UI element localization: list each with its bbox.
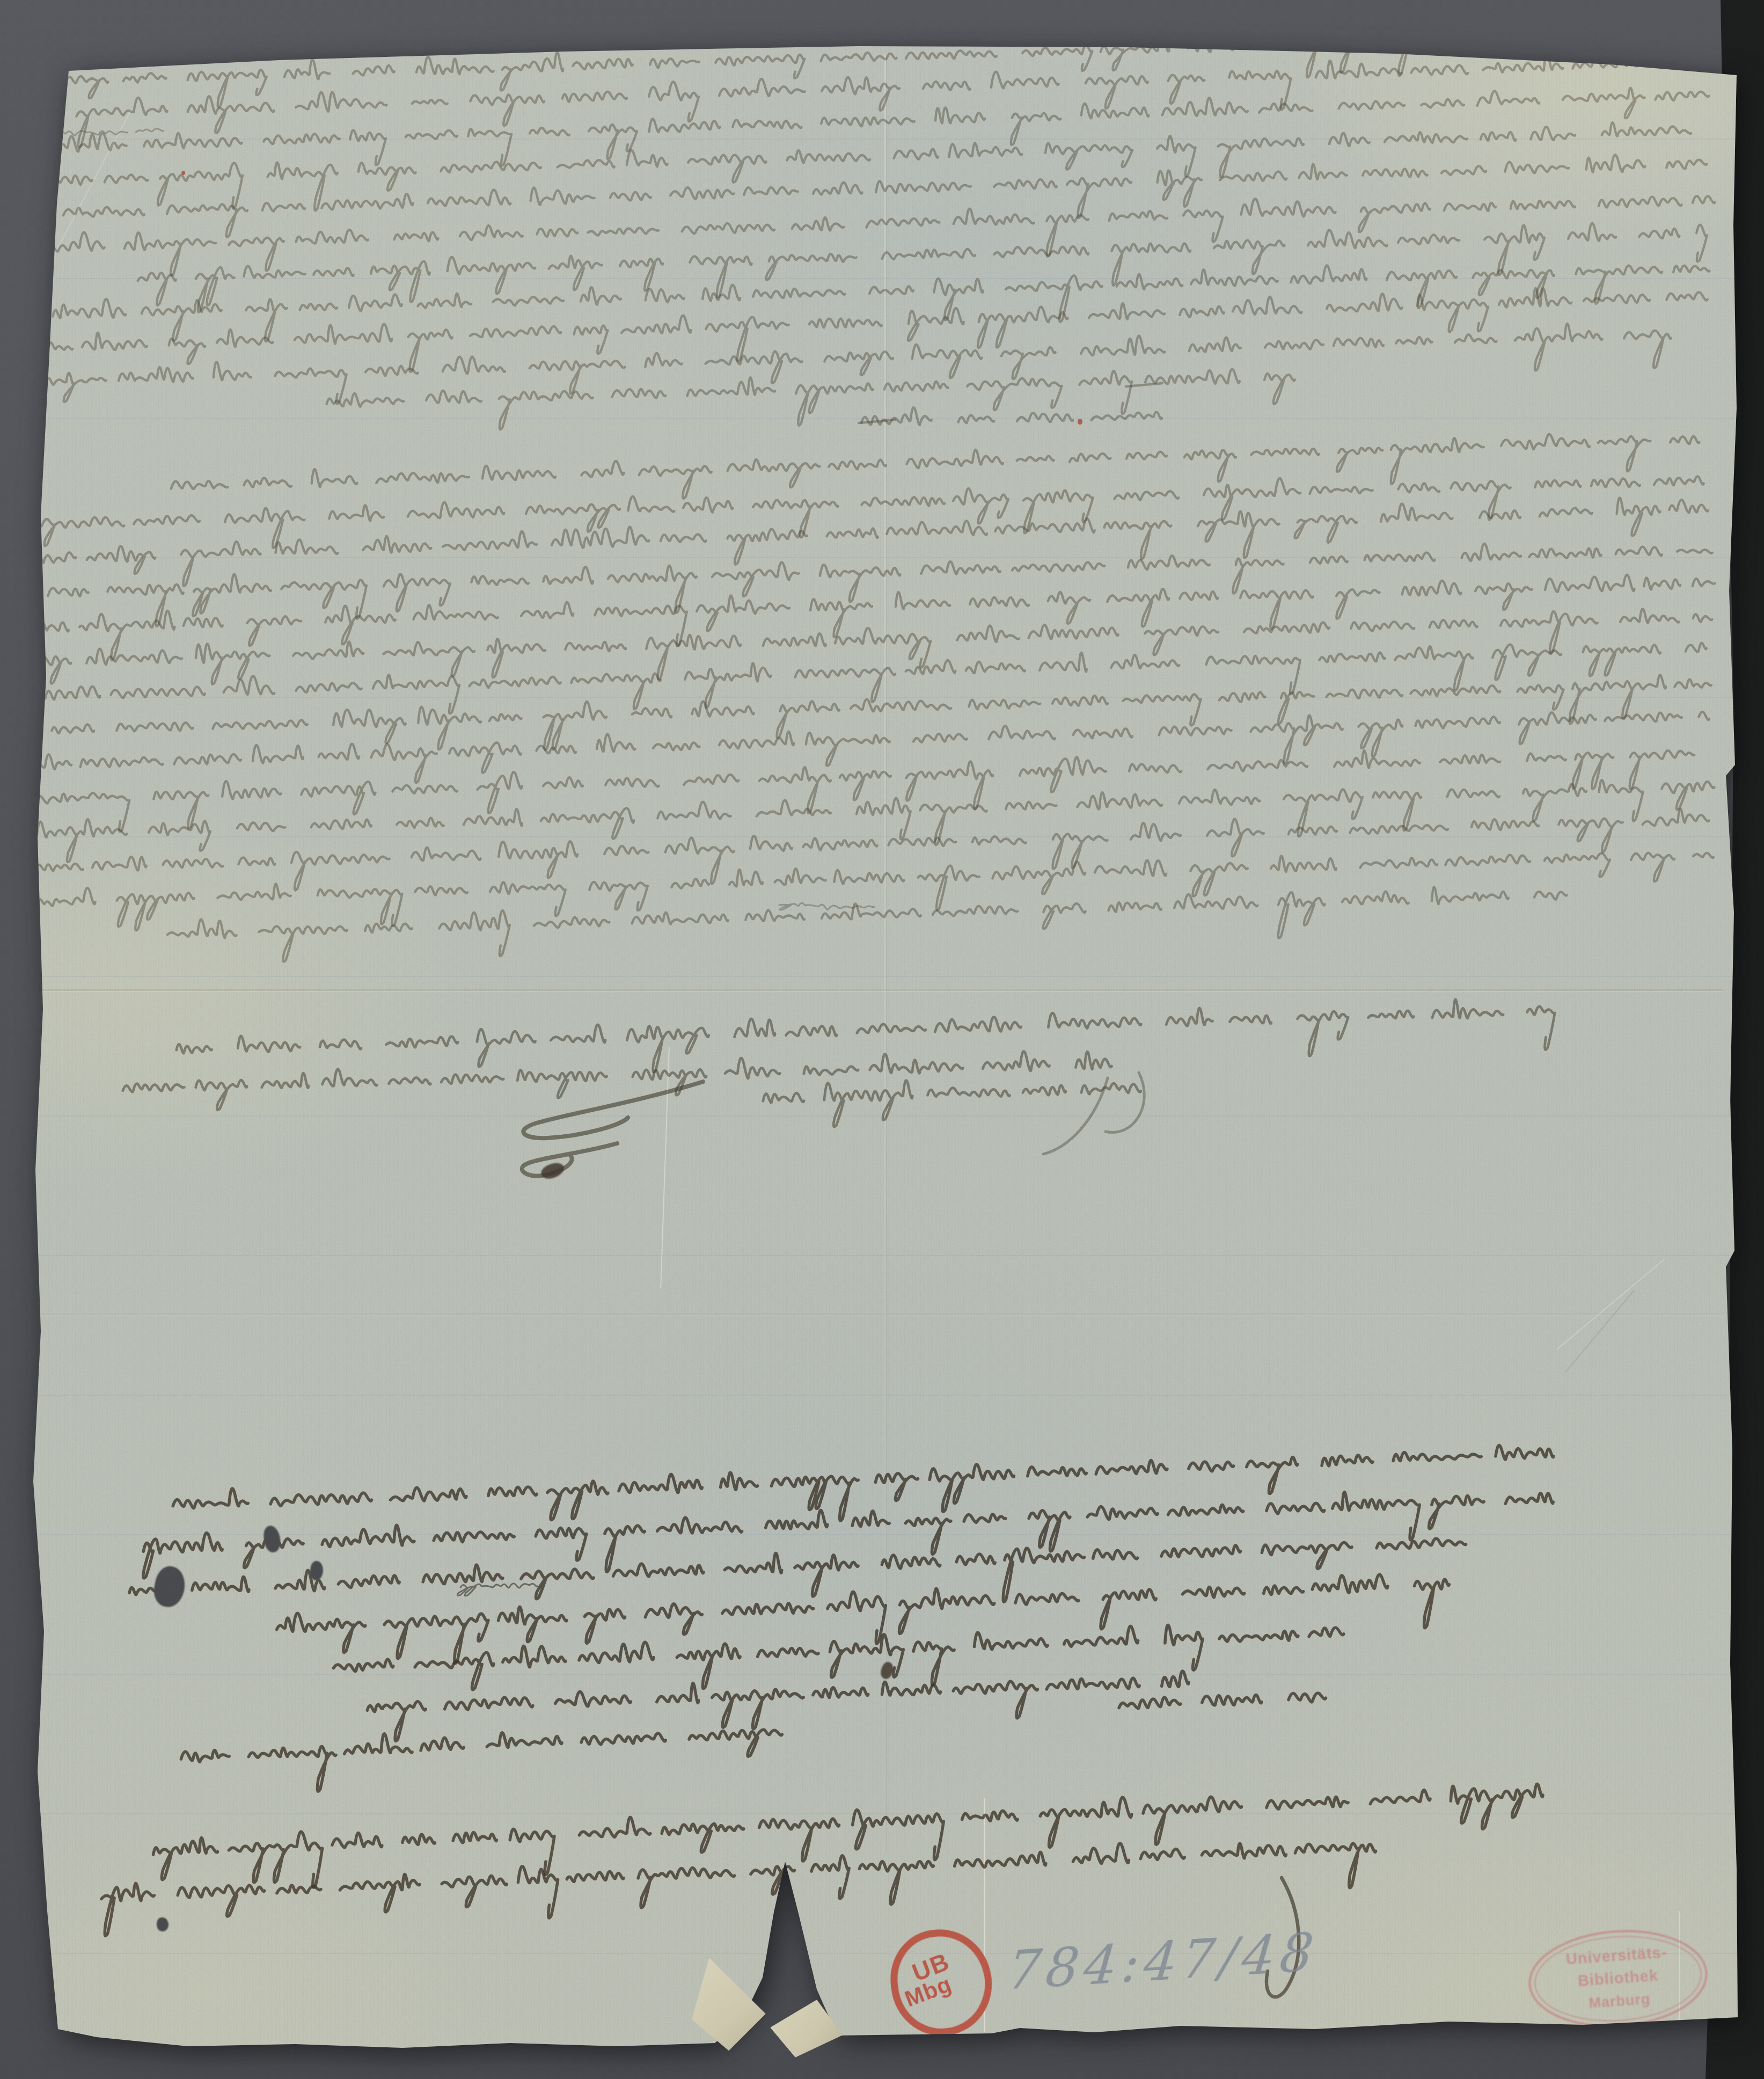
red-ink-fleck (1078, 419, 1082, 425)
letter-paper: UB Mbg 784:47/48 Universitäts- Bibliothe… (0, 0, 1764, 2079)
paper-hole (157, 1917, 169, 1931)
letter-paper-wrap: UB Mbg 784:47/48 Universitäts- Bibliothe… (0, 0, 1764, 2079)
scan-canvas: UB Mbg 784:47/48 Universitäts- Bibliothe… (0, 0, 1764, 2079)
red-ink-fleck (181, 171, 185, 175)
paper-vignette (0, 0, 1764, 2079)
